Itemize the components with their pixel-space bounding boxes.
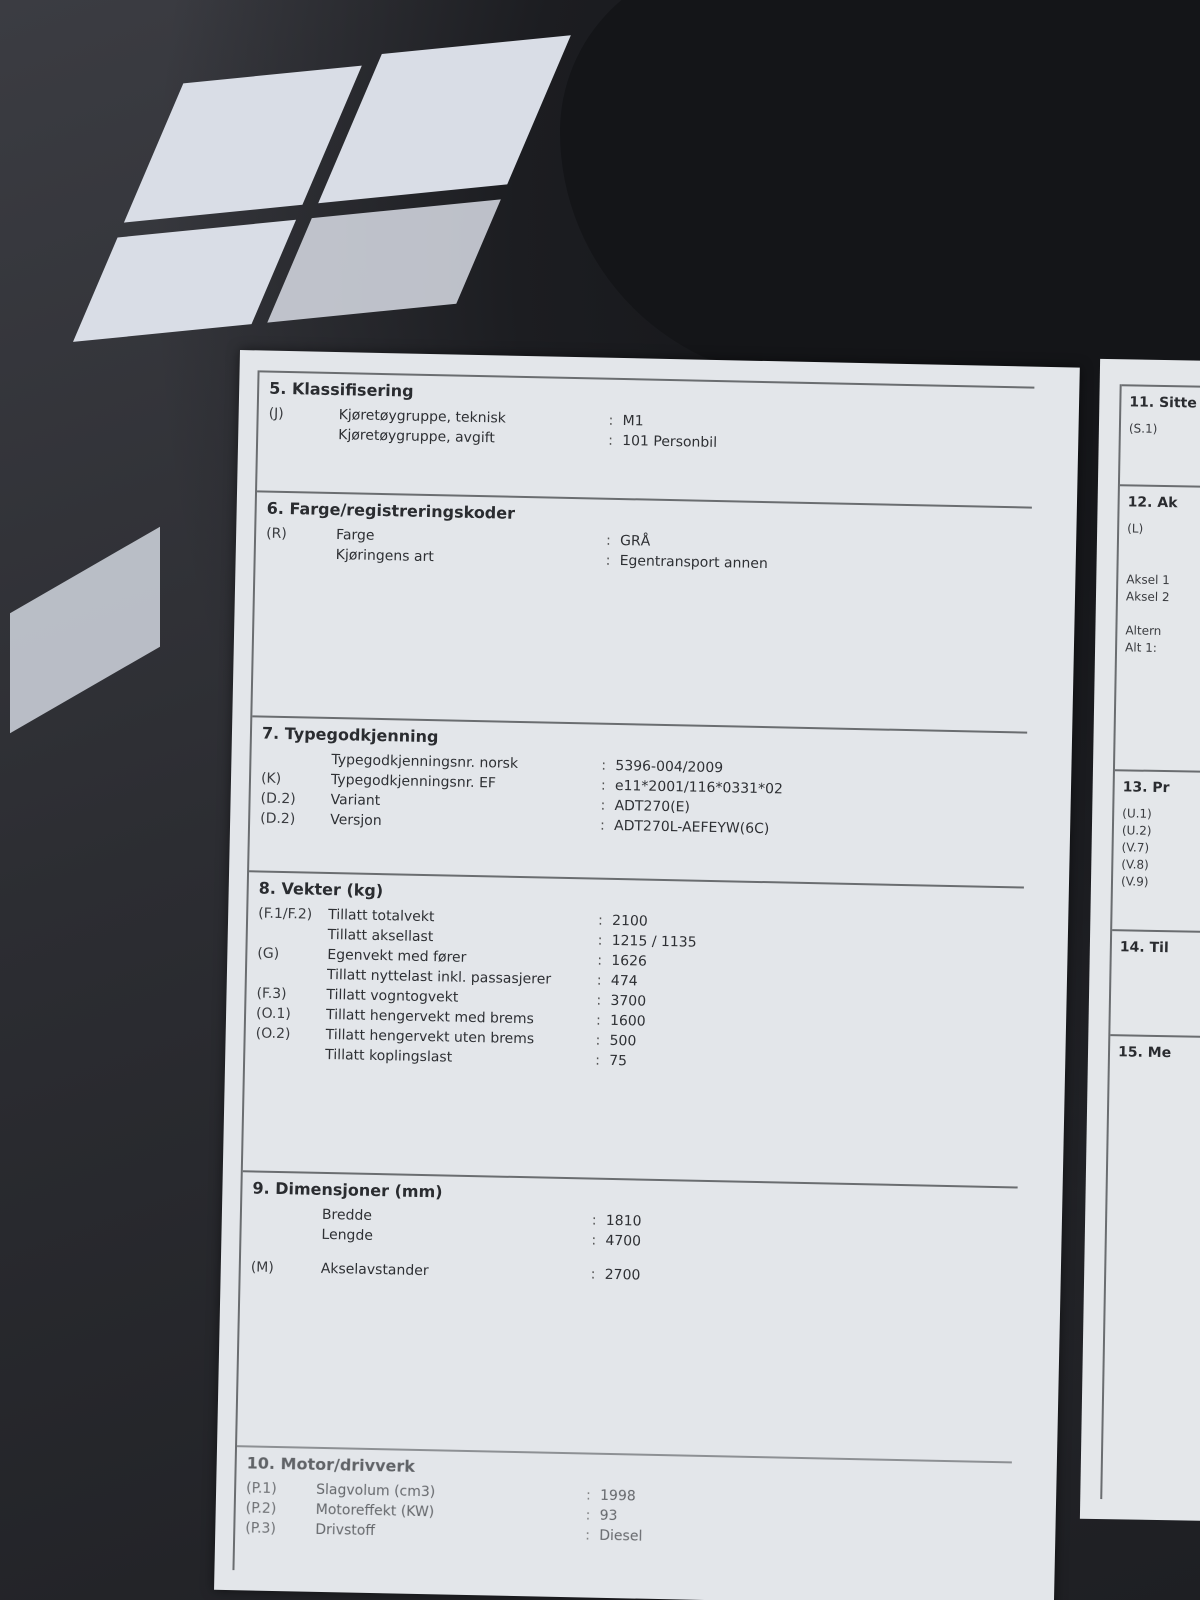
field-code — [1127, 537, 1200, 556]
field-label: Kjøringens art — [336, 545, 606, 571]
section-8: 8. Vekter (kg)(F.1/F.2)Tillatt totalvekt… — [243, 870, 1024, 1186]
section-10: 10. Motor/drivverk(P.1)Slagvolum (cm3):1… — [234, 1445, 1012, 1591]
field-code: (M) — [251, 1257, 321, 1278]
field-code: (O.2) — [255, 1023, 325, 1044]
field-label: Akselavstander — [321, 1259, 591, 1285]
field-code: (J) — [268, 404, 338, 425]
field-code: (L) — [1127, 520, 1200, 539]
separator: : — [601, 756, 615, 776]
separator: : — [592, 1211, 606, 1231]
field-label: Kjøretøygruppe, avgift — [338, 425, 608, 451]
section-5: 5. Klassifisering(J)Kjøretøygruppe, tekn… — [257, 370, 1034, 506]
field-code — [1126, 605, 1200, 624]
separator: : — [598, 911, 612, 931]
field-code: (U.2) — [1122, 822, 1200, 841]
separator: : — [585, 1525, 599, 1545]
separator: : — [591, 1265, 605, 1285]
separator: : — [605, 551, 619, 571]
field-code: (G) — [257, 943, 327, 964]
field-code — [257, 963, 327, 984]
separator: : — [608, 411, 622, 431]
separator: : — [595, 1031, 609, 1051]
section-title: 11. Sitte — [1129, 394, 1200, 412]
separator: : — [600, 816, 614, 836]
right-section-13: 13. Pr(U.1)(U.2)(V.7)(V.8)(V.9) — [1112, 769, 1200, 941]
section-9: 9. Dimensjoner (mm)Bredde:1810Lengde:470… — [237, 1170, 1018, 1461]
field-code — [258, 924, 328, 945]
section-6: 6. Farge/registreringskoder(R)Farge:GRÅK… — [252, 490, 1032, 731]
right-section-12: 12. Ak(L) Aksel 1Aksel 2 AlternAlt 1: — [1115, 484, 1200, 781]
separator: : — [591, 1231, 605, 1251]
field-code: Alt 1: — [1125, 639, 1200, 658]
separator: : — [595, 1051, 609, 1071]
separator: : — [598, 931, 612, 951]
right-section-11: 11. Sitte(S.1) — [1120, 384, 1200, 496]
section-title: 14. Til — [1120, 939, 1200, 957]
section-title: 13. Pr — [1123, 779, 1200, 797]
field-value: 2700 — [605, 1265, 1016, 1294]
separator: : — [601, 776, 615, 796]
separator: : — [597, 951, 611, 971]
separator: : — [586, 1486, 600, 1506]
section-title: 12. Ak — [1127, 494, 1200, 512]
registration-document-next-page: 11. Sitte(S.1)12. Ak(L) Aksel 1Aksel 2 A… — [1080, 359, 1200, 1521]
field-code — [261, 749, 331, 770]
field-label: Lengde — [321, 1225, 591, 1251]
field-code: (D.2) — [260, 789, 330, 810]
separator: : — [600, 796, 614, 816]
right-section-14: 14. Til — [1110, 929, 1200, 1046]
dark-object — [560, 0, 1200, 380]
section-7: 7. TypegodkjenningTypegodkjenningsnr. no… — [249, 715, 1027, 886]
separator: : — [608, 431, 622, 451]
field-code: (R) — [266, 524, 336, 545]
field-code — [1126, 554, 1200, 573]
field-code: (V.8) — [1121, 856, 1200, 875]
field-code: (P.1) — [246, 1478, 316, 1499]
separator: : — [596, 1011, 610, 1031]
right-section-15: 15. Me — [1109, 1034, 1200, 1136]
field-code — [251, 1223, 321, 1244]
field-code — [266, 544, 336, 565]
field-code: (U.1) — [1122, 805, 1200, 824]
field-code — [255, 1043, 325, 1064]
field-code — [252, 1203, 322, 1224]
separator: : — [606, 531, 620, 551]
field-label: Tillatt koplingslast — [325, 1045, 595, 1071]
separator: : — [597, 971, 611, 991]
field-code: (P.2) — [246, 1498, 316, 1519]
section-title: 15. Me — [1118, 1044, 1200, 1062]
registration-document-page: 5. Klassifisering(J)Kjøretøygruppe, tekn… — [214, 350, 1080, 1600]
field-code: (V.7) — [1121, 839, 1200, 858]
field-code: Aksel 1 — [1126, 571, 1200, 590]
field-code: (P.3) — [245, 1518, 315, 1539]
field-row: (M)Akselavstander:2700 — [251, 1257, 1016, 1293]
field-code: Aksel 2 — [1126, 588, 1200, 607]
field-code: (K) — [261, 769, 331, 790]
field-code: (F.3) — [256, 983, 326, 1004]
field-code: (V.9) — [1121, 873, 1200, 892]
field-label: Versjon — [330, 810, 600, 836]
field-code — [268, 424, 338, 445]
field-label: Drivstoff — [315, 1520, 585, 1546]
field-code: (D.2) — [260, 809, 330, 830]
field-code: (O.1) — [256, 1003, 326, 1024]
field-code: Altern — [1125, 622, 1200, 641]
separator: : — [585, 1505, 599, 1525]
field-code: (F.1/F.2) — [258, 904, 328, 925]
separator: : — [596, 991, 610, 1011]
field-code: (S.1) — [1129, 420, 1200, 439]
